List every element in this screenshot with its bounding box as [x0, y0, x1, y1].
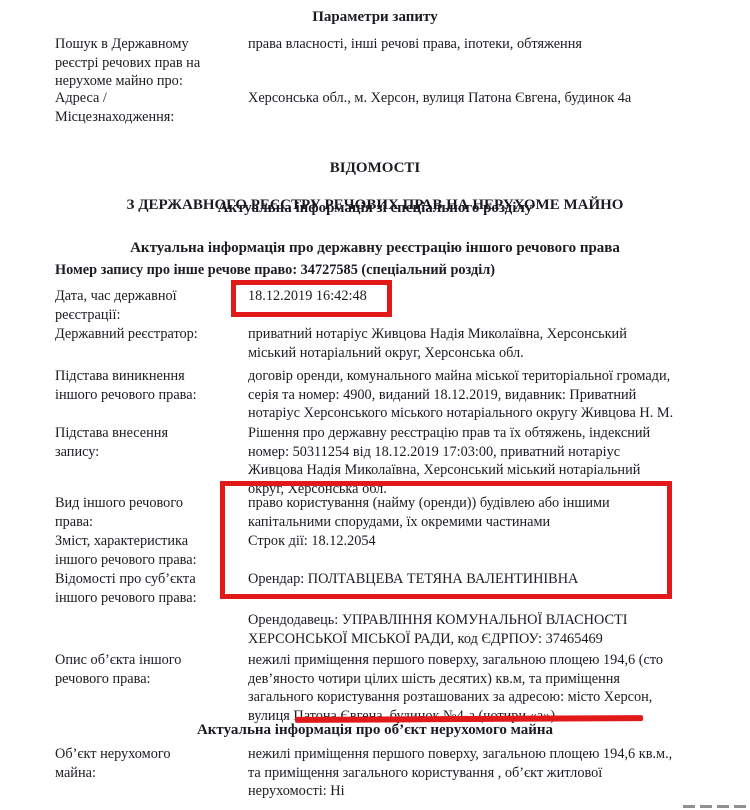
object-description-row: Опис об’єкта іншого речового права: нежи…: [55, 651, 735, 725]
registry-title-line1: ВІДОМОСТІ: [330, 160, 421, 176]
right-origin-basis-value: договір оренди, комунального майна міськ…: [248, 367, 735, 423]
search-row: Пошук в Державному реєстрі речових прав …: [55, 35, 735, 91]
registrar-value: приватний нотаріус Живцова Надія Миколаї…: [248, 325, 735, 362]
registrar-row: Державний реєстратор: приватний нотаріус…: [55, 325, 735, 362]
lessor-value: Орендодавець: УПРАВЛІННЯ КОМУНАЛЬНОЇ ВЛА…: [248, 611, 735, 648]
search-value: права власності, інші речові права, іпот…: [248, 35, 735, 91]
record-basis-row: Підстава внесення запису: Рішення про де…: [55, 424, 735, 498]
right-type-value: право користування (найму (оренди)) буді…: [248, 494, 735, 531]
right-origin-basis-label: Підстава виникнення іншого речового прав…: [55, 367, 248, 423]
object-description-label: Опис об’єкта іншого речового права:: [55, 651, 248, 725]
right-type-label: Вид іншого речового права:: [55, 494, 248, 531]
address-value: Херсонська обл., м. Херсон, вулиця Патон…: [248, 89, 735, 126]
record-number: Номер запису про інше речове право: 3472…: [55, 261, 735, 280]
property-section-heading: Актуальна інформація про об’єкт нерухомо…: [0, 721, 750, 740]
right-subject-value: Орендар: ПОЛТАВЦЕВА ТЕТЯНА ВАЛЕНТИНІВНА: [248, 570, 735, 607]
right-subject-row: Відомості про суб’єкта іншого речового п…: [55, 570, 735, 607]
object-description-value: нежилі приміщення першого поверху, загал…: [248, 651, 735, 725]
address-label: Адреса / Місцезнаходження:: [55, 89, 248, 126]
record-basis-label: Підстава внесення запису:: [55, 424, 248, 498]
property-object-row: Об’єкт нерухомого майна: нежилі приміщен…: [55, 745, 735, 801]
query-params-heading: Параметри запиту: [0, 8, 750, 27]
page-edge-artifact: [683, 805, 750, 808]
right-content-row: Зміст, характеристика іншого речового пр…: [55, 532, 735, 569]
record-section-heading: Актуальна інформація про державну реєстр…: [0, 239, 750, 258]
registration-datetime-value: 18.12.2019 16:42:48: [248, 287, 735, 324]
property-object-value: нежилі приміщення першого поверху, загал…: [248, 745, 735, 801]
right-content-value: Строк дії: 18.12.2054: [248, 532, 735, 569]
right-origin-basis-row: Підстава виникнення іншого речового прав…: [55, 367, 735, 423]
record-basis-value: Рішення про державну реєстрацію прав та …: [248, 424, 735, 498]
registration-datetime-label: Дата, час державної реєстрації:: [55, 287, 248, 324]
registration-datetime-row: Дата, час державної реєстрації: 18.12.20…: [55, 287, 735, 324]
right-content-label: Зміст, характеристика іншого речового пр…: [55, 532, 248, 569]
address-row: Адреса / Місцезнаходження: Херсонська об…: [55, 89, 735, 126]
search-label: Пошук в Державному реєстрі речових прав …: [55, 35, 248, 91]
property-object-label: Об’єкт нерухомого майна:: [55, 745, 248, 801]
registry-extract-document: { "colors": { "highlight_red": "#e21919"…: [0, 0, 750, 810]
right-subject-label: Відомості про суб’єкта іншого речового п…: [55, 570, 248, 607]
right-type-row: Вид іншого речового права: право користу…: [55, 494, 735, 531]
registrar-label: Державний реєстратор:: [55, 325, 248, 362]
special-section-heading: Актуальна інформація зі спеціального роз…: [0, 199, 750, 218]
